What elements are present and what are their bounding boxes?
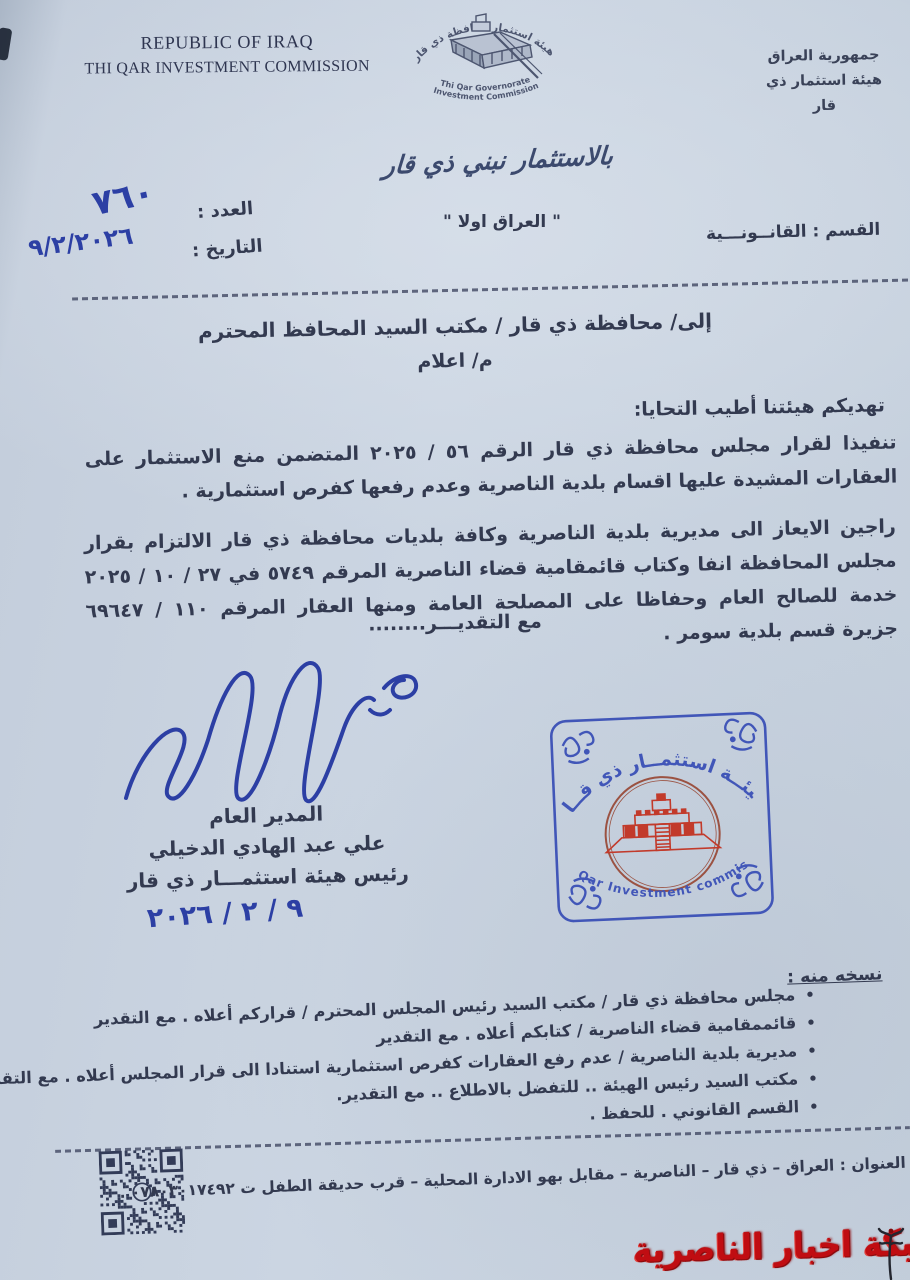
scanned-letter-page: REPUBLIC OF IRAQ THI QAR INVESTMENT COMM… <box>0 0 910 1280</box>
commission-seal-logo: هيئة استثمار محافظة ذي قار Thi Qar Gover… <box>396 0 572 118</box>
signature-block: المدير العام علي عبد الهادي الدخيلي رئيس… <box>91 795 443 898</box>
header-arabic: جمهورية العراق هيئة استثمار ذي قار <box>753 43 894 120</box>
official-stamp: هيئــة استثمــار ذي قــار <box>543 701 785 937</box>
number-value-handwritten: ٧٦٠ <box>89 172 158 224</box>
addressee-line: إلى/ محافظة ذي قار / مكتب السيد المحافظ … <box>45 305 865 346</box>
header-english: REPUBLIC OF IRAQ THI QAR INVESTMENT COMM… <box>72 30 382 78</box>
greeting-line: تهديكم هيئتنا أطيب التحايا: <box>465 394 885 423</box>
date-value-handwritten: ٩/٢/٢٠٢٦ <box>27 222 135 263</box>
scan-artifact-blob <box>0 27 12 61</box>
stamp-ziggurat-icon <box>604 792 720 853</box>
header-english-line2: THI QAR INVESTMENT COMMISSION <box>72 57 382 78</box>
dashed-separator-top <box>72 278 910 300</box>
news-network-watermark: شبكة اخبار الناصرية <box>632 1220 910 1270</box>
stamp-corner-ornament <box>725 719 757 751</box>
header-arabic-line2: هيئة استثمار ذي قار <box>754 68 895 120</box>
date-label: التاريخ : <box>191 236 263 262</box>
number-label: العدد : <box>196 198 254 223</box>
header-english-line1: REPUBLIC OF IRAQ <box>72 30 382 54</box>
footer-address: العنوان : العراق – ذي قار – الناصرية – م… <box>58 1154 906 1205</box>
watermark-emblem-icon <box>876 1222 906 1280</box>
stamp-corner-ornament <box>562 732 594 764</box>
header-arabic-line1: جمهورية العراق <box>753 43 893 70</box>
motto-iraq-first: " العراق اولا " <box>392 212 612 232</box>
subject-line: م/ اعلام <box>45 341 865 380</box>
body-paragraph-1: تنفيذا لقرار مجلس محافظة ذي قار الرقم ٥٦… <box>84 426 897 511</box>
department-line: القسم : القانــونـــية <box>705 220 880 245</box>
copies-list: مجلس محافظة ذي قار / مكتب السيد رئيس الم… <box>28 980 837 1148</box>
slogan-calligraphy: بالاستثمار نبني ذي قار <box>327 139 668 183</box>
